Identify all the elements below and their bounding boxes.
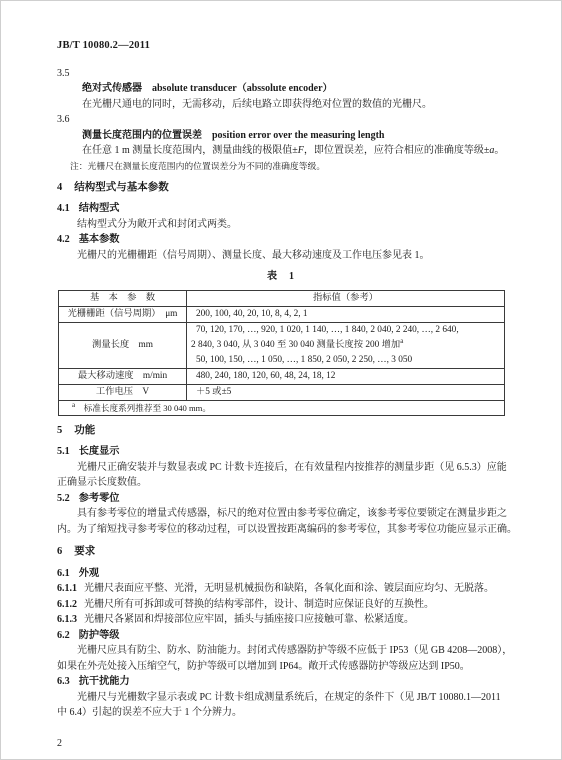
footnote-text: 标准长度系列推荐至 30 040 mm。 [75, 403, 211, 413]
value-line: 70, 120, 170, …, 920, 1 020, 1 140, …, 1… [196, 323, 504, 338]
clause-number: 6 [57, 546, 62, 557]
clause-6-1-heading: 6.1外观 [57, 566, 505, 582]
value-working-voltage: ＋5 或±5 [187, 384, 505, 400]
clause-title: 要求 [74, 546, 95, 557]
term-3-6-definition: 在任意 1 m 测量长度范围内，测量曲线的极限值±F，即位置误差，应符合相应的准… [57, 143, 505, 159]
clause-title: 长度显示 [79, 446, 120, 457]
standard-number-header: JB/T 10080.2—2011 [57, 38, 505, 54]
table-1-caption: 表 1 [57, 269, 505, 285]
param-measuring-length: 测量长度 mm [59, 322, 187, 368]
clause-5-1-heading: 5.1长度显示 [57, 444, 505, 460]
item-text: 光栅尺各紧固和焊接部位应牢固，插头与插座接口应接触可靠、松紧适度。 [84, 614, 414, 625]
value-grating-pitch: 200, 100, 40, 20, 10, 8, 4, 2, 1 [187, 306, 505, 322]
clause-5-2-paragraph-line: 内。为了缩短找寻参考零位的移动过程，可以设置按距离编码的参考零位，其参考零位功能… [57, 522, 505, 538]
value-text: 2 840, 3 040, 从 3 040 至 30 040 测量长度按 200… [191, 340, 400, 350]
clause-title: 参考零位 [79, 493, 120, 504]
clause-title: 防护等级 [79, 630, 120, 641]
param-grating-pitch: 光栅栅距（信号周期） μm [59, 306, 187, 322]
term-3-6-title-en: position error over the measuring length [212, 130, 385, 141]
table-row: 测量长度 mm 70, 120, 170, …, 920, 1 020, 1 1… [59, 322, 505, 368]
clause-title: 基本参数 [79, 234, 120, 245]
value-line: 50, 100, 150, …, 1 050, …, 1 850, 2 050,… [196, 353, 504, 368]
clause-6-1-1-item: 6.1.1光栅尺表面应平整、光滑，无明显机械损伤和缺陷，各氧化面和涂、镀层面应均… [57, 581, 505, 597]
term-3-6-title: 测量长度范围内的位置误差position error over the meas… [57, 128, 505, 144]
clause-number: 4 [57, 182, 62, 193]
clause-number: 4.2 [57, 234, 70, 245]
clause-title: 功能 [74, 425, 95, 436]
clause-4-2-paragraph: 光栅尺的光栅栅距（信号周期）、测量长度、最大移动速度及工作电压参见表 1。 [57, 248, 505, 264]
document-page: JB/T 10080.2—2011 3.5 绝对式传感器absolute tra… [0, 0, 562, 760]
clause-number: 6.1.2 [57, 599, 77, 610]
clause-6-2-paragraph-line: 如果在外壳处接入压缩空气，防护等级可以增加到 IP64。敞开式传感器防护等级应达… [57, 659, 505, 675]
table-header-row: 基 本 参 数 指标值（参考） [59, 290, 505, 306]
term-3-5-title-en: absolute transducer（abssolute encoder） [152, 83, 333, 94]
clause-title: 抗干扰能力 [79, 676, 130, 687]
clause-title: 结构型式 [79, 203, 120, 214]
clause-6-1-3-item: 6.1.3光栅尺各紧固和焊接部位应牢固，插头与插座接口应接触可靠、松紧适度。 [57, 612, 505, 628]
item-text: 光栅尺所有可拆卸或可替换的结构零部件，设计、制造时应保证良好的互换性。 [84, 599, 434, 610]
table-row: 光栅栅距（信号周期） μm 200, 100, 40, 20, 10, 8, 4… [59, 306, 505, 322]
footnote-marker: a [400, 336, 403, 344]
definition-text: 。 [494, 145, 504, 156]
table-footnote: a 标准长度系列推荐至 30 040 mm。 [59, 400, 505, 415]
clause-title: 外观 [79, 568, 99, 579]
clause-4-heading: 4结构型式与基本参数 [57, 180, 505, 196]
term-3-5-title: 绝对式传感器absolute transducer（abssolute enco… [57, 81, 505, 97]
term-3-6-note: 注：光栅尺在测量长度范围内的位置误差分为不同的准确度等级。 [57, 159, 505, 173]
term-3-5-definition: 在光栅尺通电的同时，无需移动，后续电路立即获得绝对位置的数值的光栅尺。 [57, 97, 505, 113]
clause-title: 结构型式与基本参数 [74, 182, 169, 193]
clause-5-heading: 5功能 [57, 423, 505, 439]
clause-number: 5.2 [57, 493, 70, 504]
clause-number: 5 [57, 425, 62, 436]
clause-number: 5.1 [57, 446, 70, 457]
value-line: 2 840, 3 040, 从 3 040 至 30 040 测量长度按 200… [191, 338, 504, 353]
clause-6-2-heading: 6.2防护等级 [57, 628, 505, 644]
clause-number: 6.1.1 [57, 583, 77, 594]
table-row: 最大移动速度 m/min 480, 240, 180, 120, 60, 48,… [59, 368, 505, 384]
clause-6-heading: 6要求 [57, 544, 505, 560]
clause-number: 6.1 [57, 568, 70, 579]
page-number: 2 [57, 736, 505, 752]
clause-number: 6.3 [57, 676, 70, 687]
value-max-speed: 480, 240, 180, 120, 60, 48, 24, 18, 12 [187, 368, 505, 384]
clause-5-1-paragraph-line: 光栅尺正确安装并与数显表或 PC 计数卡连接后，在有效量程内按推荐的测量步距（见… [57, 460, 505, 476]
clause-6-2-paragraph-line: 光栅尺应具有防尘、防水、防油能力。封闭式传感器防护等级不应低于 IP53（见 G… [57, 643, 505, 659]
term-3-6-title-zh: 测量长度范围内的位置误差 [82, 130, 202, 141]
definition-text: ，即位置误差，应符合相应的准确度等级± [304, 145, 490, 156]
table-row: 工作电压 V ＋5 或±5 [59, 384, 505, 400]
item-text: 光栅尺表面应平整、光滑，无明显机械损伤和缺陷，各氧化面和涂、镀层面应均匀、无脱落… [84, 583, 494, 594]
param-max-speed: 最大移动速度 m/min [59, 368, 187, 384]
clause-4-1-paragraph: 结构型式分为敞开式和封闭式两类。 [57, 217, 505, 233]
term-3-5-title-zh: 绝对式传感器 [82, 83, 142, 94]
clause-4-2-heading: 4.2基本参数 [57, 232, 505, 248]
clause-4-1-heading: 4.1结构型式 [57, 201, 505, 217]
value-measuring-length: 70, 120, 170, …, 920, 1 020, 1 140, …, 1… [187, 322, 505, 368]
clause-6-3-paragraph-line: 中 6.4）引起的误差不应大于 1 个分辨力。 [57, 705, 505, 721]
clause-6-1-2-item: 6.1.2光栅尺所有可拆卸或可替换的结构零部件，设计、制造时应保证良好的互换性。 [57, 597, 505, 613]
clause-number: 4.1 [57, 203, 70, 214]
clause-5-2-heading: 5.2参考零位 [57, 491, 505, 507]
clause-6-3-paragraph-line: 光栅尺与光栅数字显示表或 PC 计数卡组成测量系统后，在规定的条件下（见 JB/… [57, 690, 505, 706]
clause-number: 6.1.3 [57, 614, 77, 625]
column-header-parameter: 基 本 参 数 [59, 290, 187, 306]
clause-6-3-heading: 6.3抗干扰能力 [57, 674, 505, 690]
column-header-value: 指标值（参考） [187, 290, 505, 306]
clause-5-1-paragraph-line: 正确显示长度数值。 [57, 475, 505, 491]
term-3-5-number: 3.5 [57, 66, 505, 82]
table-footnote-row: a 标准长度系列推荐至 30 040 mm。 [59, 400, 505, 415]
clause-5-2-paragraph-line: 具有参考零位的增量式传感器，标尺的绝对位置由参考零位确定，该参考零位要锁定在测量… [57, 506, 505, 522]
clause-number: 6.2 [57, 630, 70, 641]
table-1: 基 本 参 数 指标值（参考） 光栅栅距（信号周期） μm 200, 100, … [58, 290, 505, 416]
term-3-6-number: 3.6 [57, 112, 505, 128]
definition-text: 在任意 1 m 测量长度范围内，测量曲线的极限值± [82, 145, 298, 156]
param-working-voltage: 工作电压 V [59, 384, 187, 400]
